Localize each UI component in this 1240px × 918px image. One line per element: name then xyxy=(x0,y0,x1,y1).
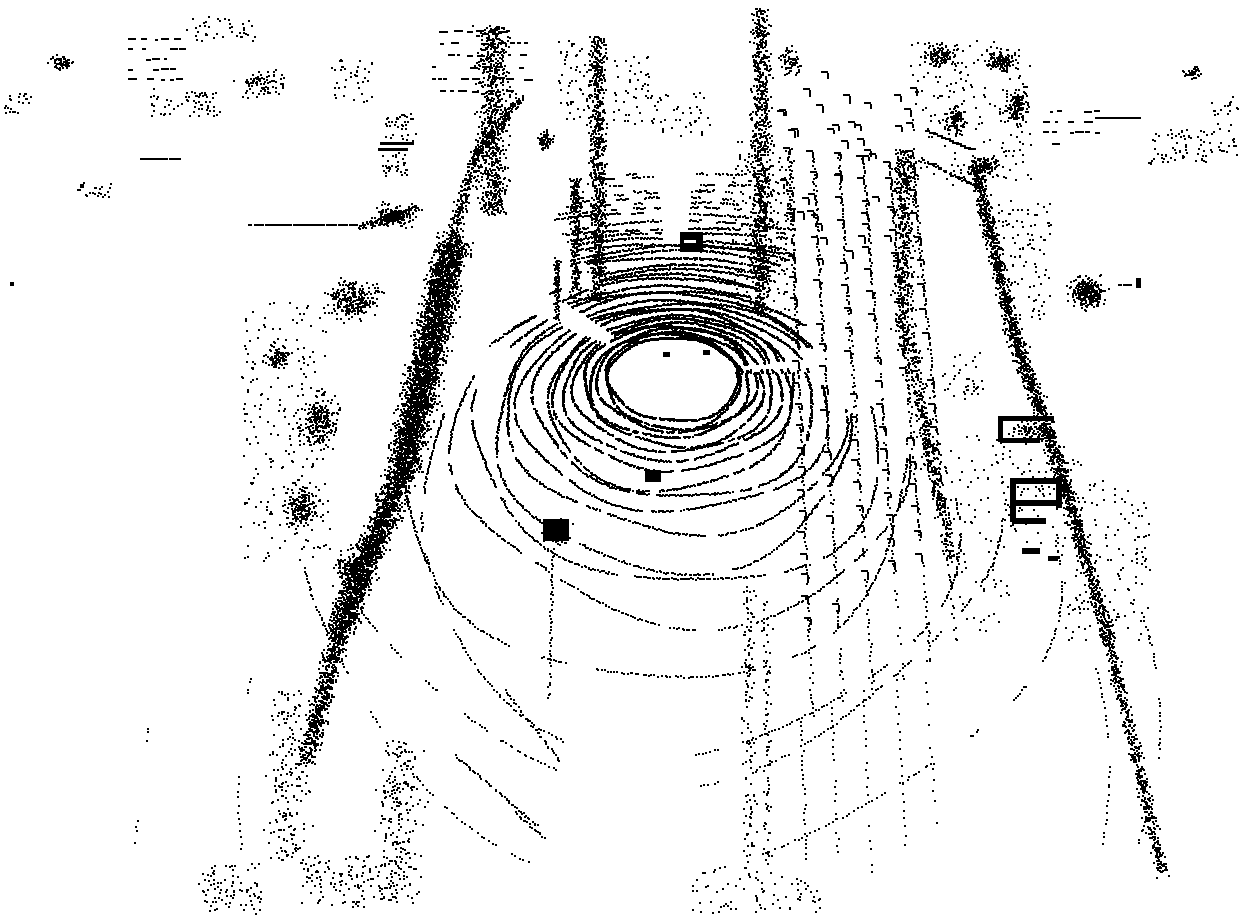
lidar-viewport xyxy=(0,0,1240,918)
point-cloud-canvas xyxy=(0,0,1240,918)
